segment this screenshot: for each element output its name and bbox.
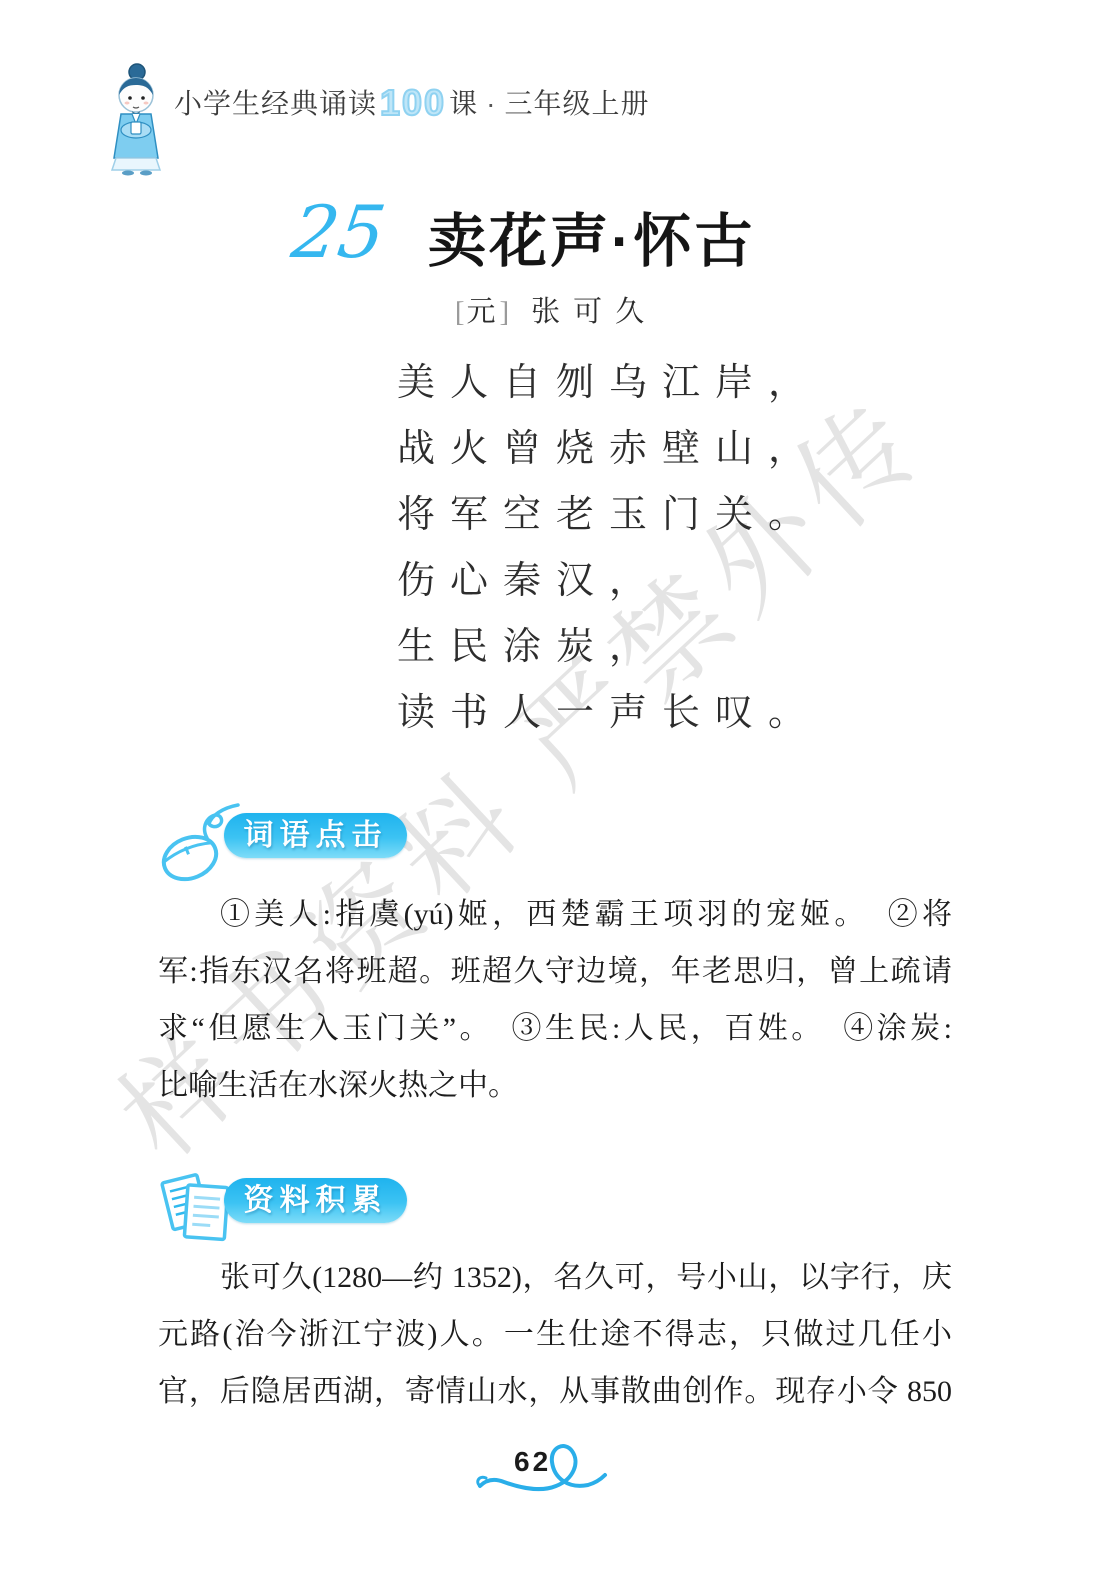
lesson-number: 25 xyxy=(287,192,390,272)
glossary-line: ①美人:指虞(yú)姬，西楚霸王项羽的宠姬。 ②将 xyxy=(158,886,952,943)
reference-line: 官，后隐居西湖，寄情山水，从事散曲创作。现存小令 850 xyxy=(158,1363,952,1420)
poem-text: 美人自刎乌江岸， 战火曾烧赤壁山， 将军空老玉门关。 伤心秦汉， 生民涂炭， 读… xyxy=(397,350,821,746)
poem-line: 将军空老玉门关。 xyxy=(397,482,821,548)
book-series-header: 小学生经典诵读100课·三年级上册 xyxy=(174,82,649,124)
reference-badge: 资料积累 xyxy=(224,1178,407,1223)
author-byline: [元]张可久 xyxy=(0,289,1110,330)
glossary-line: 比喻生活在水深火热之中。 xyxy=(158,1057,952,1114)
poem-line: 生民涂炭， xyxy=(397,614,821,680)
lesson-title: 卖花声·怀古 xyxy=(428,202,755,282)
poem-line: 美人自刎乌江岸， xyxy=(397,350,821,416)
bracket-close: ] xyxy=(498,296,512,328)
author-name: 张可久 xyxy=(531,296,657,328)
series-number: 100 xyxy=(380,82,446,123)
scholar-boy-mascot-icon xyxy=(106,62,166,176)
poem-line: 读书人一声长叹。 xyxy=(397,680,821,746)
header-separator: · xyxy=(486,88,496,119)
glossary-badge: 词语点击 xyxy=(224,813,407,858)
poem-line: 战火曾烧赤壁山， xyxy=(397,416,821,482)
bracket-open: [ xyxy=(453,296,467,328)
dynasty: 元 xyxy=(466,296,497,328)
reference-line: 张可久(1280—约 1352)，名久可，号小山，以字行，庆 xyxy=(158,1249,952,1306)
series-suffix: 课 xyxy=(449,88,478,119)
glossary-paragraph: ①美人:指虞(yú)姬，西楚霸王项羽的宠姬。 ②将 军:指东汉名将班超。班超久守… xyxy=(158,886,952,1114)
reference-paragraph: 张可久(1280—约 1352)，名久可，号小山，以字行，庆 元路(治今浙江宁波… xyxy=(158,1249,952,1420)
reference-line: 元路(治今浙江宁波)人。一生仕途不得志，只做过几任小 xyxy=(158,1306,952,1363)
book-page: 样书资料 严禁外传 小学生经典诵读100课·三年级上册 25 卖花声·怀古 [元… xyxy=(0,0,1110,1571)
glossary-line: 军:指东汉名将班超。班超久守边境，年老思归，曾上疏请 xyxy=(158,943,952,1000)
volume-label: 三年级上册 xyxy=(504,88,649,119)
series-title: 小学生经典诵读 xyxy=(174,88,377,119)
page-number-flourish-icon xyxy=(472,1440,622,1500)
poem-line: 伤心秦汉， xyxy=(397,548,821,614)
glossary-line: 求“但愿生入玉门关”。 ③生民:人民，百姓。 ④涂炭: xyxy=(158,1000,952,1057)
